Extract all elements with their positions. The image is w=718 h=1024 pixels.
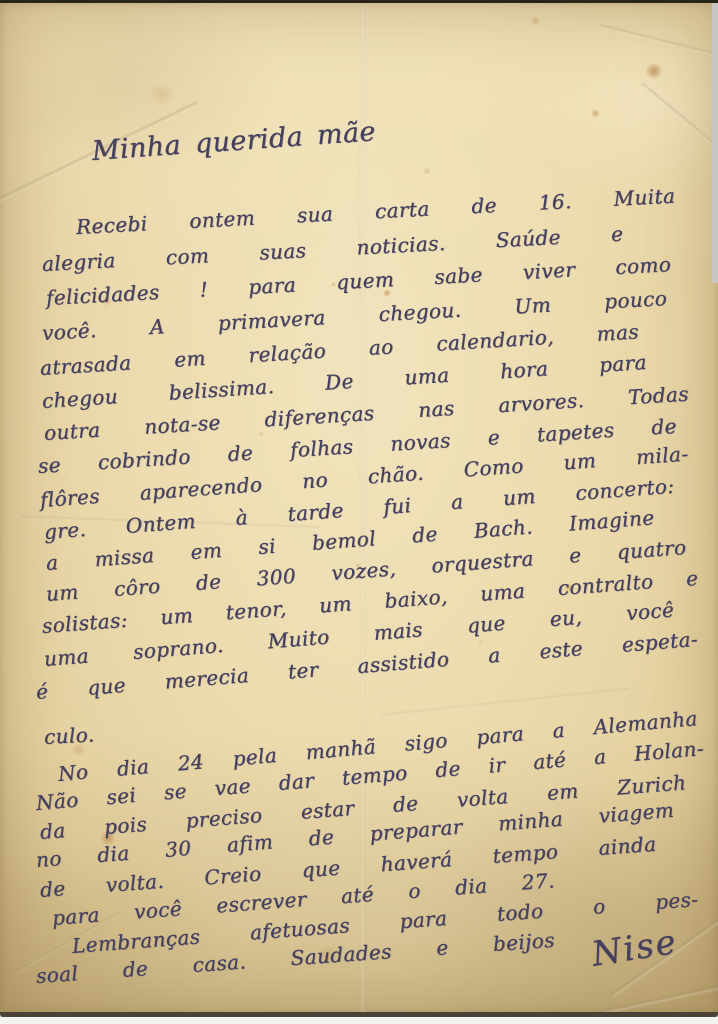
foxing-spot bbox=[531, 16, 540, 25]
foxing-spot bbox=[148, 83, 176, 105]
foxing-spot bbox=[645, 63, 663, 79]
scanner-edge-right bbox=[712, 3, 718, 283]
foxing-spot bbox=[423, 167, 431, 175]
letter-signature: Nise bbox=[589, 917, 709, 974]
scanner-edge-bottom-white bbox=[0, 1017, 718, 1024]
letter-paper: Minha querida mãe Recebi ontem sua carta… bbox=[0, 3, 718, 1014]
paper-crease bbox=[600, 24, 718, 61]
scanned-letter-page: Minha querida mãe Recebi ontem sua carta… bbox=[0, 0, 718, 1024]
letter-line: culo. bbox=[43, 718, 134, 752]
foxing-spot bbox=[591, 109, 600, 118]
letter-salutation: Minha querida mãe bbox=[91, 117, 333, 170]
scanner-edge-top bbox=[0, 0, 718, 3]
paper-crease bbox=[641, 83, 718, 162]
